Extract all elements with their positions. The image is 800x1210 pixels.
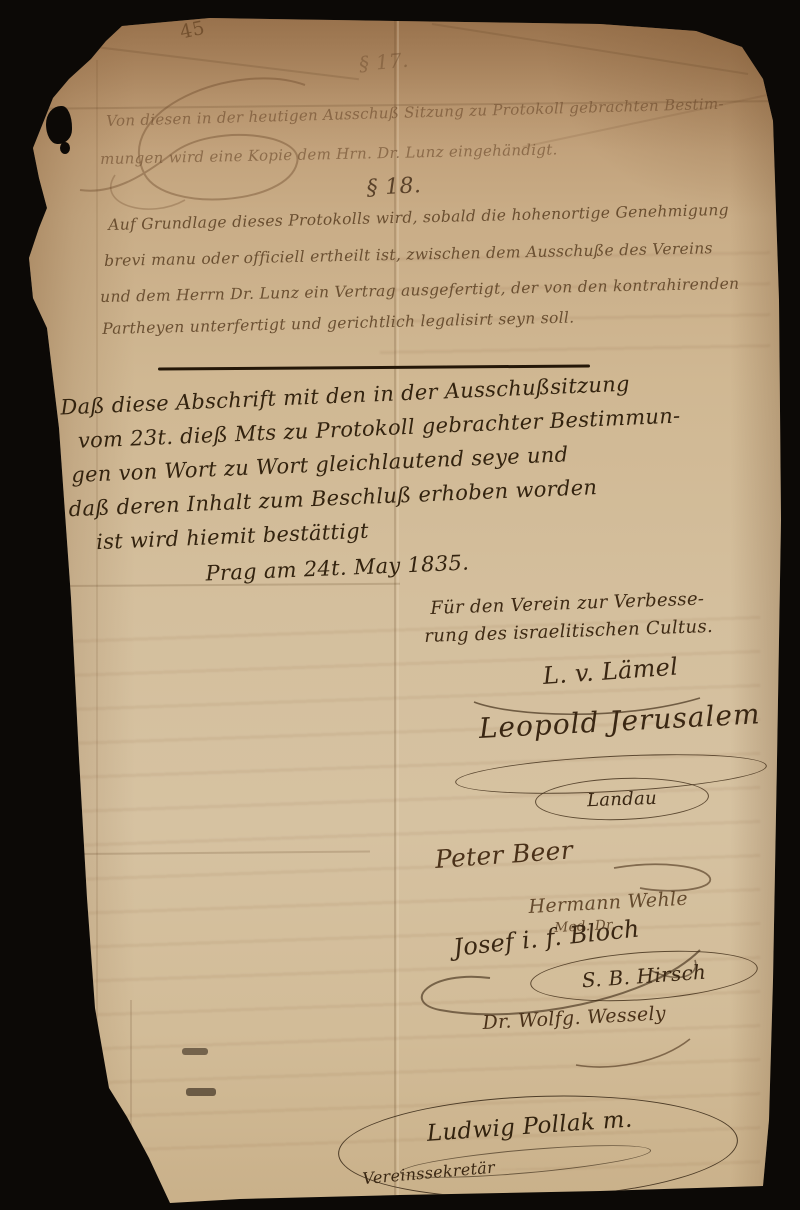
signature-pollak: Ludwig Pollak m. bbox=[426, 1107, 633, 1147]
pencil-page-number: 45 bbox=[178, 17, 207, 44]
signature-landau: Landau bbox=[587, 787, 658, 810]
right-edge-shading bbox=[730, 0, 800, 1210]
diagonal-crease-2 bbox=[432, 23, 748, 75]
manuscript-page: 45 § 17. Von diesen in der heutigen Auss… bbox=[0, 0, 800, 1210]
attestation-block: Daß diese Abschrift mit den in der Aussc… bbox=[48, 371, 657, 540]
ink-smudge-2 bbox=[186, 1088, 216, 1096]
scanned-document-photo: { "colors": { "background": "#0c0906", "… bbox=[0, 0, 800, 1210]
horizontal-rule bbox=[158, 364, 590, 370]
horizontal-crease-low bbox=[30, 851, 370, 856]
section18-line2: brevi manu oder officiell ertheilt ist, … bbox=[104, 239, 713, 270]
closing-line2: rung des israelitischen Cultus. bbox=[424, 616, 713, 647]
signature-hirsch: S. B. Hirsch bbox=[581, 960, 707, 993]
signature-lamel: L. v. Lämel bbox=[542, 653, 679, 690]
section18-line3: und dem Herrn Dr. Lunz ein Vertrag ausge… bbox=[100, 275, 740, 306]
closing-line1: Für den Verein zur Verbesse- bbox=[430, 588, 705, 619]
signature-wessely-flourish bbox=[570, 1035, 700, 1075]
ink-smudge-1 bbox=[182, 1048, 208, 1055]
section18-line4: Partheyen unterfertigt und gerichtlich l… bbox=[102, 308, 575, 338]
secretary-oval: Ludwig Pollak m. Vereinssekretär bbox=[336, 1089, 739, 1205]
signature-beer: Peter Beer bbox=[434, 835, 574, 874]
section18-heading: § 18. bbox=[366, 173, 422, 201]
section17-heading: § 17. bbox=[358, 48, 410, 76]
signature-wehle: Hermann Wehle bbox=[528, 888, 688, 918]
left-bottom-fold-line bbox=[130, 1000, 132, 1210]
